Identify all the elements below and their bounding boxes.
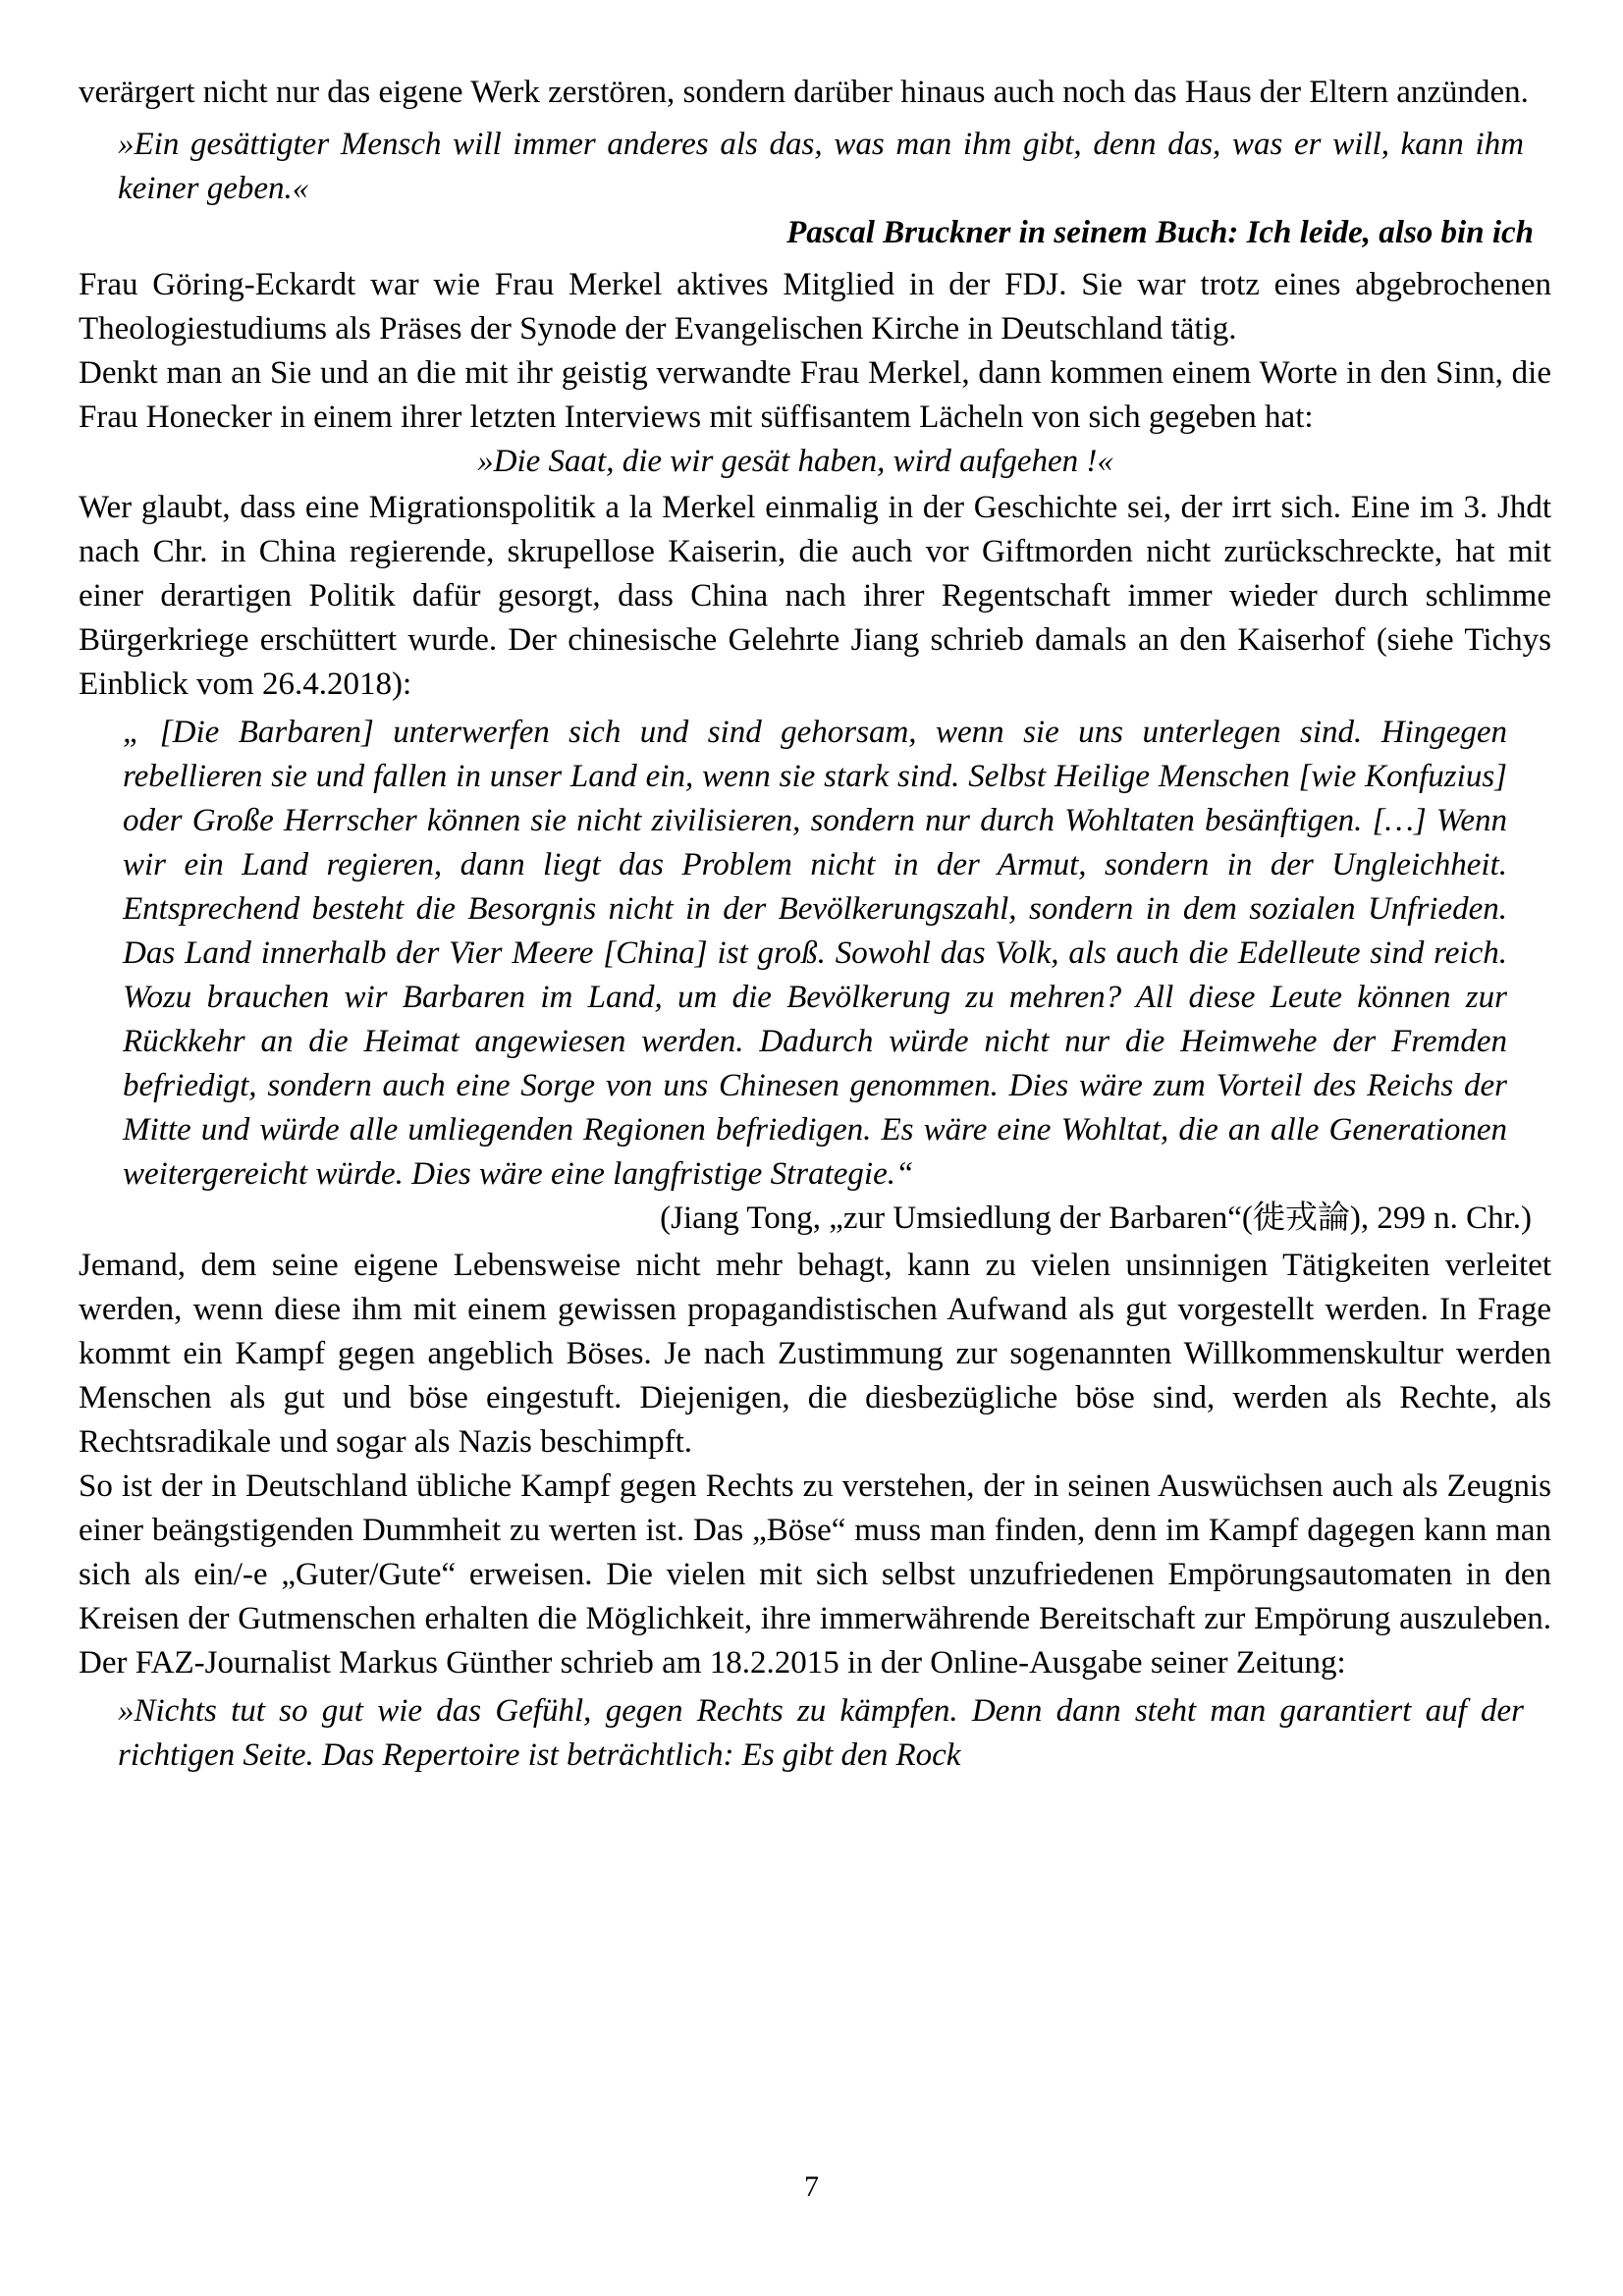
quote-jiang-tong: „ [Die Barbaren] unterwerfen sich und si… (123, 711, 1507, 1197)
paragraph-lebensweise: Jemand, dem seine eigene Lebensweise nic… (79, 1244, 1551, 1465)
quote-honecker: »Die Saat, die wir gesät haben, wird auf… (79, 440, 1551, 484)
page-number: 7 (0, 2167, 1623, 2207)
paragraph-migration: Wer glaubt, dass eine Migrationspolitik … (79, 486, 1551, 707)
paragraph-intro: verärgert nicht nur das eigene Werk zers… (79, 71, 1551, 115)
source-jiang-tong: (Jiang Tong, „zur Umsiedlung der Barbare… (79, 1197, 1532, 1241)
document-page: verärgert nicht nur das eigene Werk zers… (79, 71, 1551, 1778)
quote-bruckner: »Ein gesättigter Mensch will immer ander… (118, 123, 1524, 211)
spacer (79, 115, 1551, 123)
paragraph-honecker: Denkt man an Sie und an die mit ihr geis… (79, 351, 1551, 440)
quote-guenther: »Nichts tut so gut wie das Gefühl, gegen… (118, 1689, 1524, 1778)
paragraph-kampf-gegen-rechts: So ist der in Deutschland übliche Kampf … (79, 1465, 1551, 1685)
paragraph-goering-eckardt: Frau Göring-Eckardt war wie Frau Merkel … (79, 263, 1551, 351)
attribution-bruckner: Pascal Bruckner in seinem Buch: Ich leid… (79, 211, 1534, 255)
